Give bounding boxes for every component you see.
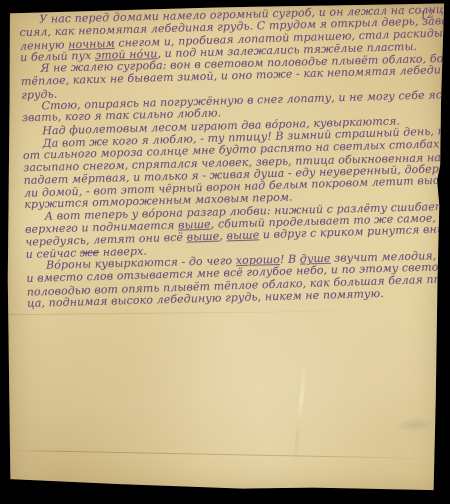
manuscript-segment: душе — [300, 252, 331, 266]
paper-crease — [6, 310, 444, 316]
manuscript-segment: ! В — [280, 252, 300, 265]
paper-stain — [394, 417, 437, 434]
manuscript-segment: звучит мелодия, — [330, 249, 436, 265]
paper-sheet: 12 У нас перед домами намело огромный су… — [6, 2, 445, 497]
manuscript-text: У нас перед домами намело огромный сугро… — [19, 3, 450, 310]
manuscript-segment: ленную — [20, 38, 69, 53]
manuscript-segment: грудь. — [21, 87, 57, 101]
scanned-document: 12 У нас перед домами намело огромный су… — [0, 0, 450, 504]
manuscript-segment: хорошо — [236, 253, 280, 267]
manuscript-segment: выше — [186, 230, 219, 244]
paper-crease — [8, 450, 440, 459]
paper-streak — [293, 362, 308, 464]
manuscript-segment: выше — [226, 229, 259, 243]
manuscript-segment: ночным — [68, 36, 115, 50]
